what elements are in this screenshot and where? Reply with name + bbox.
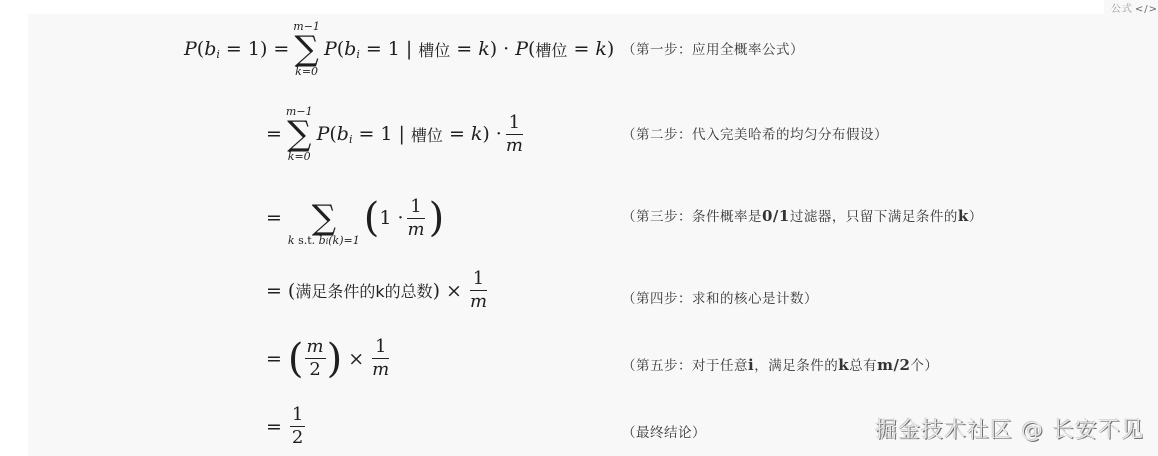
equals-sign: = [449, 123, 465, 145]
symbol-b: b [319, 234, 326, 247]
step-note-6: （最终结论） [622, 421, 706, 441]
numerator: m [305, 338, 326, 358]
numerator: 1 [408, 198, 423, 218]
summation: m−1 ∑ k=0 [293, 21, 320, 77]
cdot: · [503, 38, 509, 60]
symbol-k: k [478, 38, 490, 60]
fraction-m-over-2: m 2 [305, 338, 326, 379]
numerator: 1 [373, 338, 388, 358]
given-bar: | [406, 38, 412, 60]
slot-text: 槽位 [411, 123, 443, 146]
cdot: · [496, 123, 502, 145]
note-text: ，满足条件的 [754, 358, 838, 374]
symbol-P: P [317, 123, 330, 145]
step-note-1: （第一步：应用全概率公式） [622, 38, 804, 58]
equals-sign: = [266, 207, 282, 229]
equals-sign: = [266, 348, 282, 370]
watermark: 掘金技术社区 @ 长安不见 [875, 413, 1144, 444]
sigma-icon: ∑ [312, 201, 336, 235]
symbol-k: k [471, 123, 483, 145]
symbol-k: k [595, 38, 607, 60]
times-sign: × [348, 348, 364, 370]
symbol-b: b [344, 38, 356, 60]
code-icon[interactable]: </> [1135, 4, 1158, 15]
equation-row-5: =( m 2 )× 1 m [266, 338, 393, 379]
step-note-3: （第三步：条件概率是0/1过滤器，只留下满足条件的k） [622, 205, 983, 225]
note-text: 过滤器，只留下满足条件的 [790, 209, 958, 225]
slot-text: 槽位 [418, 38, 450, 61]
denominator: m [470, 291, 487, 311]
formula-block [28, 14, 1158, 456]
step-note-5: （第五步：对于任意i，满足条件的k总有m/2个） [622, 354, 938, 374]
note-text: 总有 [849, 358, 877, 374]
fraction-1-over-m: 1 m [372, 338, 389, 379]
note-math: 0/1 [762, 207, 790, 225]
equals-sign: = [366, 38, 382, 60]
sum-lower-limit: k=0 [288, 151, 311, 162]
equation-row-6: = 1 2 [266, 406, 309, 447]
numerator: 1 [471, 270, 486, 290]
equation-row-1: P(bi=1)= m−1 ∑ k=0 P(bi=1|槽位=k)·P(槽位=k) [184, 21, 614, 77]
fraction-1-over-m: 1 m [407, 198, 424, 239]
fraction-1-over-2: 1 2 [290, 406, 305, 447]
times-sign: × [446, 280, 462, 302]
formula-tag-label: 公式 [1111, 4, 1133, 15]
cdot: · [397, 207, 403, 229]
summation: m−1 ∑ k=0 [286, 106, 313, 162]
note-math: k [958, 207, 969, 225]
symbol-P: P [324, 38, 337, 60]
fraction-1-over-m: 1 m [470, 270, 487, 311]
fraction-1-over-m: 1 m [506, 114, 523, 155]
note-text: ） [969, 209, 983, 225]
number: 1 [380, 123, 392, 145]
symbol-b: b [204, 38, 216, 60]
equals-sign: = [456, 38, 472, 60]
equals-sign: = [359, 123, 375, 145]
note-math: m/2 [877, 356, 910, 374]
denominator: 2 [309, 359, 320, 379]
symbol-P: P [515, 38, 528, 60]
summation: ∑ k s.t. bi(k)=1 [288, 190, 360, 246]
note-math: k [838, 356, 849, 374]
numerator: 1 [290, 406, 305, 426]
sigma-icon: ∑ [294, 32, 318, 66]
numerator: 1 [507, 114, 522, 134]
number: 1 [379, 207, 391, 229]
equals-sign: = [266, 280, 282, 302]
denominator: 2 [292, 427, 303, 447]
number: 1 [248, 38, 260, 60]
sum-condition: k s.t. bi(k)=1 [288, 235, 360, 246]
step-note-2: （第二步：代入完美哈希的均匀分布假设） [622, 123, 888, 143]
step-note-4: （第四步：求和的核心是计数） [622, 287, 818, 307]
sum-lower-limit: k=0 [295, 66, 318, 77]
symbol-b: b [337, 123, 349, 145]
note-text: （第三步：条件概率是 [622, 209, 762, 225]
symbol-P: P [184, 38, 197, 60]
formula-tag[interactable]: 公式</> [1111, 0, 1158, 15]
equals-sign: = [266, 416, 282, 438]
number: 1 [388, 38, 400, 60]
equation-row-2: = m−1 ∑ k=0 P(bi=1|槽位=k)· 1 m [266, 106, 527, 162]
equation-row-3: = ∑ k s.t. bi(k)=1 (1· 1 m ) [266, 190, 444, 246]
equals-sign: = [273, 38, 289, 60]
count-text: 满足条件的k的总数 [295, 279, 432, 302]
denominator: m [407, 219, 424, 239]
sum-condition-tail: (k)=1 [328, 234, 359, 247]
note-text: 个） [910, 358, 938, 374]
symbol-k: k [288, 234, 295, 247]
denominator: m [506, 135, 523, 155]
subscript-i: i [349, 133, 353, 146]
subscript-i: i [356, 48, 360, 61]
sigma-icon: ∑ [287, 117, 311, 151]
subscript-i: i [216, 48, 220, 61]
equals-sign: = [266, 123, 282, 145]
equation-row-4: =(满足条件的k的总数)× 1 m [266, 270, 491, 311]
note-text: （第五步：对于任意 [622, 358, 748, 374]
slot-text: 槽位 [535, 38, 567, 61]
equals-sign: = [226, 38, 242, 60]
formula-toolbar: 公式</> [1104, 0, 1158, 14]
denominator: m [372, 359, 389, 379]
equals-sign: = [573, 38, 589, 60]
given-bar: | [399, 123, 405, 145]
